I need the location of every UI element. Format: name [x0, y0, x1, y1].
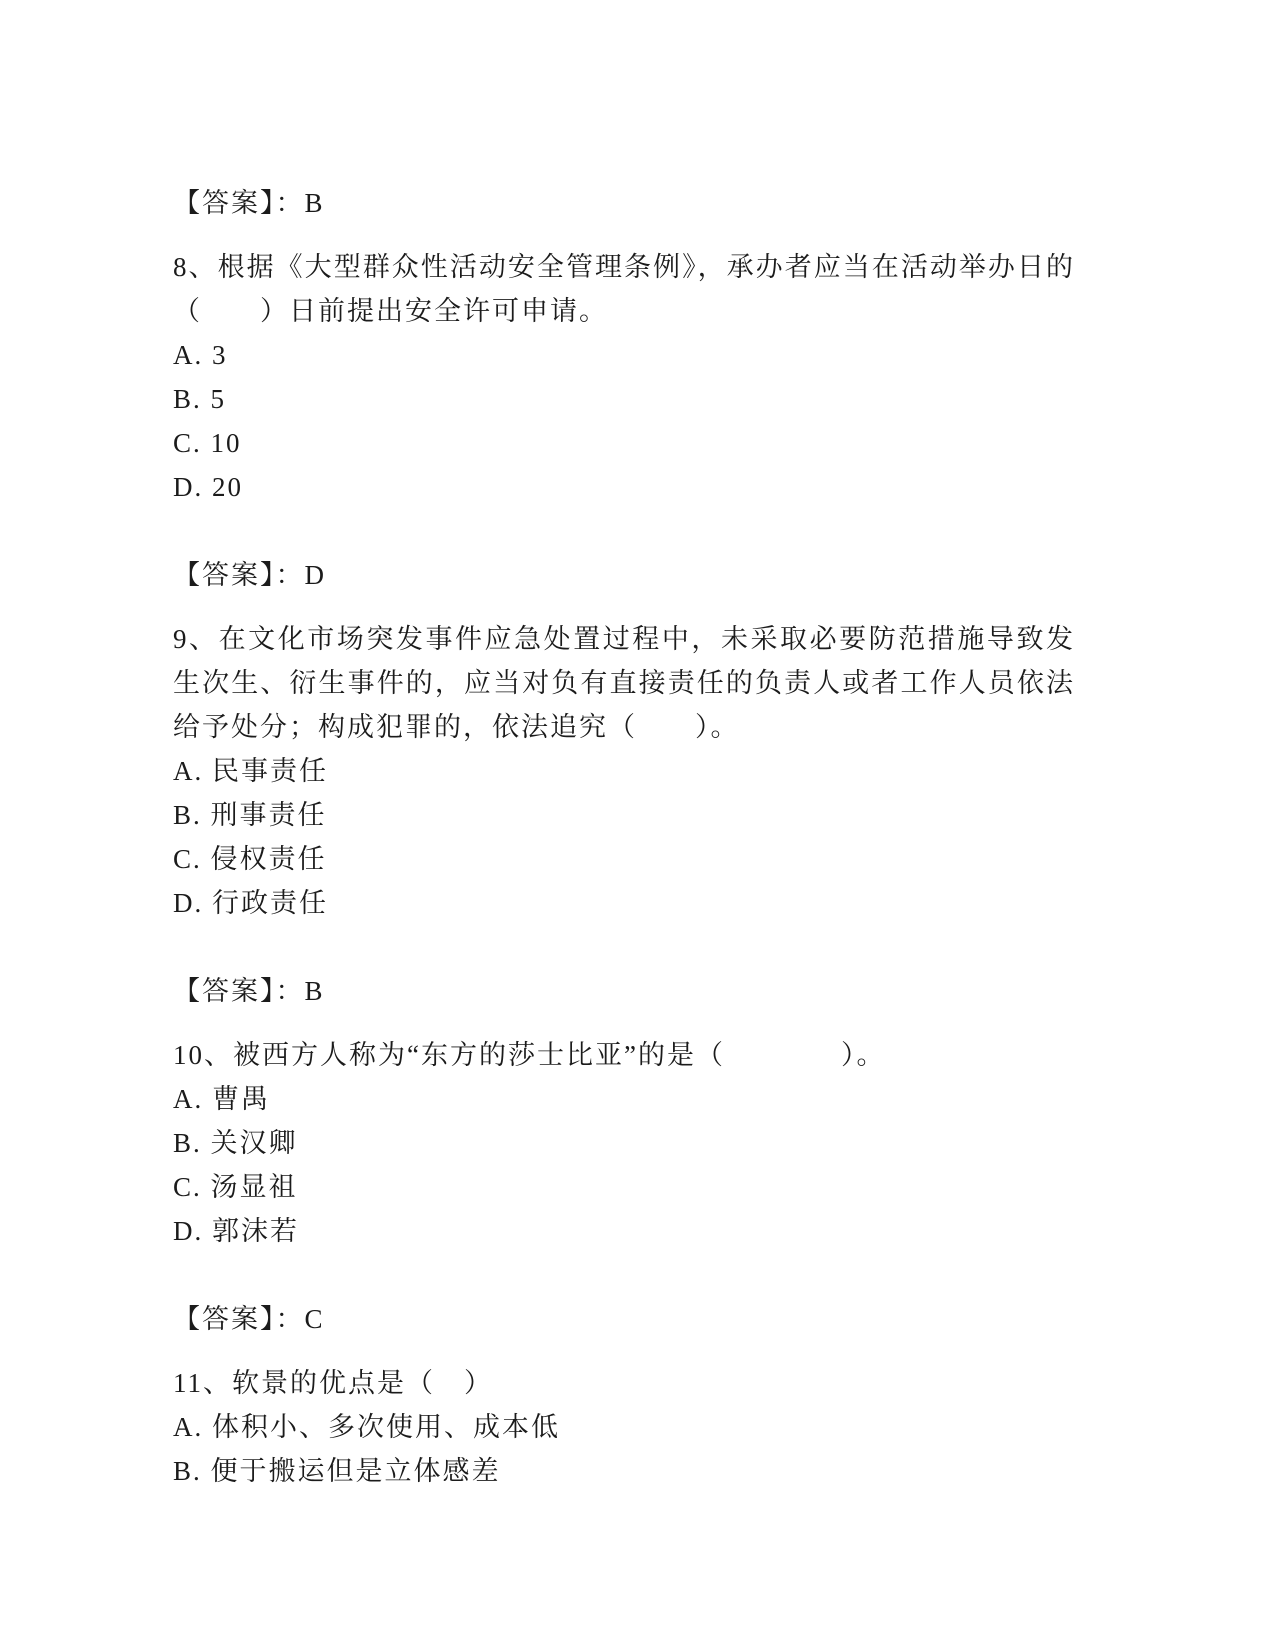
option-item-b: B. 刑事责任 [173, 793, 1075, 837]
question-block-11: 11、软景的优点是（ ） A. 体积小、多次使用、成本低 B. 便于搬运但是立体… [173, 1361, 1075, 1493]
option-item-b: B. 5 [173, 377, 1075, 421]
answer-line-q8: 【答案】：D [173, 553, 1075, 597]
exam-document-page: 【答案】：B 8、根据《大型群众性活动安全管理条例》，承办者应当在活动举办日的（… [0, 0, 1275, 1650]
option-item-a: A. 体积小、多次使用、成本低 [173, 1405, 1075, 1449]
answer-line-q10: 【答案】：C [173, 1297, 1075, 1341]
option-item-c: C. 汤显祖 [173, 1165, 1075, 1209]
question-text: 9、在文化市场突发事件应急处置过程中，未采取必要防范措施导致发生次生、衍生事件的… [173, 617, 1075, 749]
option-item-a: A. 3 [173, 333, 1075, 377]
answer-line-q9: 【答案】：B [173, 969, 1075, 1013]
option-item-d: D. 20 [173, 465, 1075, 509]
question-text: 10、被西方人称为“东方的莎士比亚”的是（ ）。 [173, 1033, 1075, 1077]
question-block-9: 9、在文化市场突发事件应急处置过程中，未采取必要防范措施导致发生次生、衍生事件的… [173, 617, 1075, 1013]
question-text: 8、根据《大型群众性活动安全管理条例》，承办者应当在活动举办日的（ ）日前提出安… [173, 245, 1075, 333]
option-item-b: B. 关汉卿 [173, 1121, 1075, 1165]
option-item-c: C. 10 [173, 421, 1075, 465]
answer-line-q7: 【答案】：B [173, 181, 1075, 225]
question-block-8: 8、根据《大型群众性活动安全管理条例》，承办者应当在活动举办日的（ ）日前提出安… [173, 245, 1075, 597]
option-item-a: A. 民事责任 [173, 749, 1075, 793]
option-item-d: D. 行政责任 [173, 881, 1075, 925]
question-block-10: 10、被西方人称为“东方的莎士比亚”的是（ ）。 A. 曹禺 B. 关汉卿 C.… [173, 1033, 1075, 1341]
question-text: 11、软景的优点是（ ） [173, 1361, 1075, 1405]
option-item-d: D. 郭沫若 [173, 1209, 1075, 1253]
option-item-a: A. 曹禺 [173, 1077, 1075, 1121]
option-item-b: B. 便于搬运但是立体感差 [173, 1449, 1075, 1493]
option-item-c: C. 侵权责任 [173, 837, 1075, 881]
